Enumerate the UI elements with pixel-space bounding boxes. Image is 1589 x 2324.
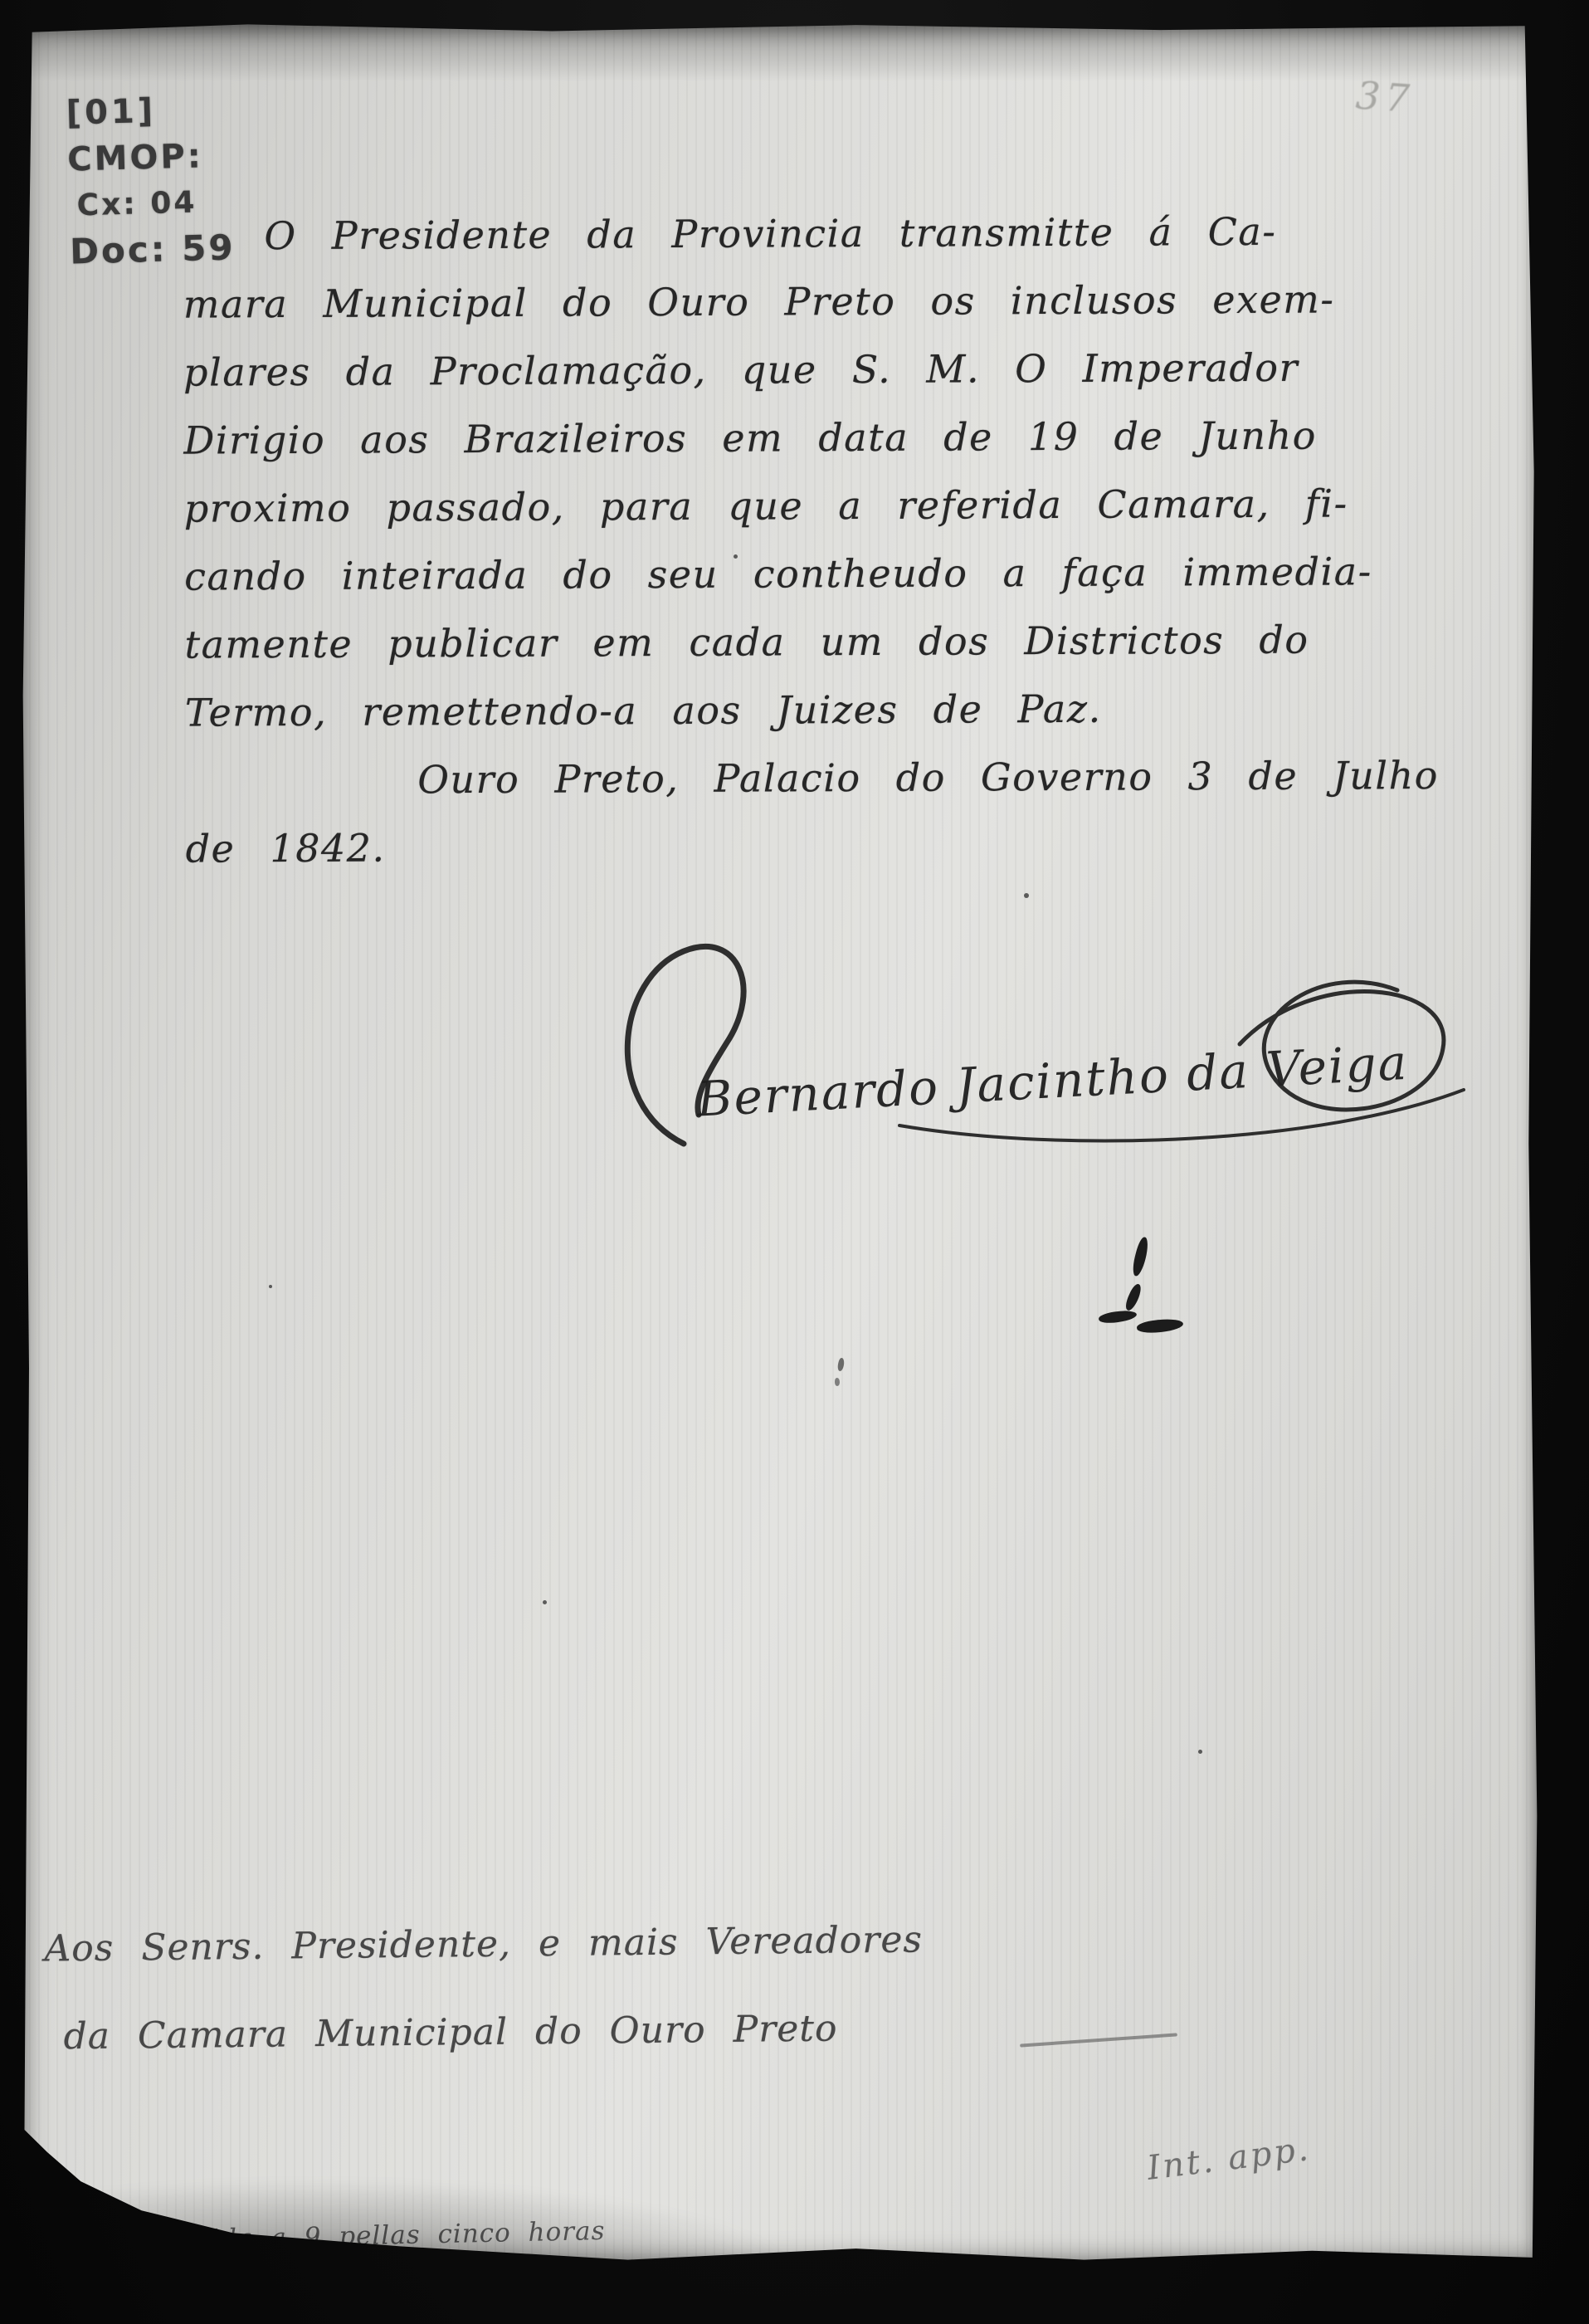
pen-stroke bbox=[1020, 2033, 1177, 2047]
body-line: tamente publicar em cada um dos District… bbox=[184, 604, 1545, 678]
dateline-year: de 1842. bbox=[185, 808, 1546, 882]
stamp-item-number: [01] bbox=[66, 90, 232, 131]
stamp-archive-code: CMOP: bbox=[67, 137, 234, 178]
body-line: O Presidente da Provincia transmitte á C… bbox=[183, 196, 1543, 270]
signature-name: Bernardo Jacintho da Veiga bbox=[695, 1034, 1410, 1128]
letter-body: O Presidente da Provincia transmitte á C… bbox=[183, 196, 1547, 882]
body-line: plares da Proclamação, que S. M. O Imper… bbox=[183, 332, 1544, 406]
received-annotation: Recebida a 9 pellas cinco horas bbox=[126, 2216, 606, 2256]
address-line: da Camara Municipal do Ouro Preto bbox=[45, 1984, 924, 2081]
body-line: proximo passado, para que a referida Cam… bbox=[184, 468, 1545, 542]
paper-speck bbox=[1198, 1750, 1202, 1754]
ink-blot bbox=[835, 1378, 840, 1386]
folio-number: 37 bbox=[1354, 73, 1416, 122]
body-line: cando inteirada do seu contheudo a faça … bbox=[184, 536, 1545, 610]
body-line: Termo, remettendo-a aos Juizes de Paz. bbox=[185, 672, 1546, 746]
paper-speck bbox=[1024, 893, 1029, 898]
body-line: mara Municipal do Ouro Preto os inclusos… bbox=[183, 264, 1544, 338]
ink-blot bbox=[837, 1358, 846, 1372]
ink-blot bbox=[1136, 1317, 1183, 1335]
body-line: Dirigio aos Brazileiros em data de 19 de… bbox=[183, 400, 1544, 474]
scanned-page: [01] CMOP: Cx: 04 Doc: 59 37 O President… bbox=[0, 0, 1589, 2324]
dateline: Ouro Preto, Palacio do Governo 3 de Julh… bbox=[185, 740, 1546, 814]
signature-flourish: Bernardo Jacintho da Veiga bbox=[551, 936, 1530, 1185]
ink-blot bbox=[1124, 1282, 1144, 1312]
clerk-annotation: Int. app. bbox=[1145, 2130, 1313, 2188]
paper-speck bbox=[543, 1600, 547, 1604]
paper-speck bbox=[734, 554, 738, 559]
address-block: Aos Senrs. Presidente, e mais Vereadores… bbox=[44, 1896, 924, 2081]
ink-blot bbox=[1098, 1309, 1137, 1325]
ink-blot bbox=[1130, 1236, 1150, 1277]
manuscript-paper: [01] CMOP: Cx: 04 Doc: 59 37 O President… bbox=[20, 23, 1540, 2264]
paper-speck bbox=[269, 1285, 272, 1288]
address-line: Aos Senrs. Presidente, e mais Vereadores bbox=[44, 1896, 924, 1993]
signature-block: Bernardo Jacintho da Veiga bbox=[551, 936, 1530, 1185]
